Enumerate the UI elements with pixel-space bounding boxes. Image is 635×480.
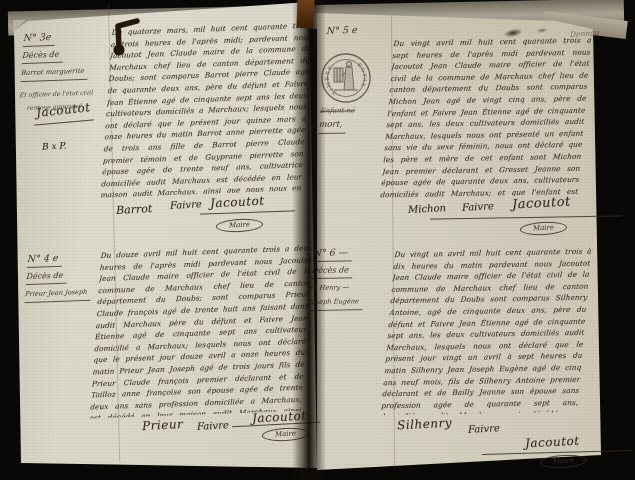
act3-signature-3: Jacoutot bbox=[210, 194, 265, 211]
act3-margin-name: Barrot marguerite bbox=[21, 65, 89, 83]
act4-signature-1: Prieur bbox=[142, 417, 184, 433]
act4-signature-2: Faivre bbox=[197, 420, 229, 433]
stamp-figure bbox=[334, 61, 358, 90]
act5-margin-number: N° 5 e bbox=[326, 25, 358, 37]
stamp-text-right: ROYAL bbox=[355, 62, 367, 88]
svg-text:ROYAL: ROYAL bbox=[355, 62, 367, 88]
act5-signature-2: Faivre bbox=[462, 201, 494, 214]
act6-signature-3: Jacoutot bbox=[525, 434, 580, 451]
act6-signature-2: Faivre bbox=[468, 423, 500, 436]
act5-body: Du vingt avril mil huit cent quarante tr… bbox=[380, 35, 592, 199]
act3-margin: N° 3e Décès de Barrot marguerite Et offi… bbox=[18, 29, 110, 114]
timbre-royal-stamp: TIMBRE ROYAL bbox=[320, 50, 372, 106]
act3-signature-1: Barrot bbox=[116, 202, 153, 217]
act5-margin-note: Enfant né mort, bbox=[318, 103, 389, 136]
act5-signature-3: Jacoutot bbox=[512, 194, 571, 212]
act3-margin-note: Et officier de l'état civil bbox=[19, 89, 93, 100]
act3-margin-number: N° 3e bbox=[23, 31, 56, 47]
gutter-shadow bbox=[292, 0, 326, 480]
act5-signature-1: Michon bbox=[408, 203, 446, 216]
act4-margin-name: Prieur Jean Joseph bbox=[25, 286, 92, 303]
act4-body: Du douze avril mil huit cent quarante tr… bbox=[90, 242, 313, 418]
act6-signature-1: Silhenry bbox=[397, 416, 453, 433]
act3-signature-2: Faivre bbox=[170, 199, 202, 212]
act3-margin-initials: B x P. bbox=[42, 141, 67, 152]
ink-blot bbox=[106, 14, 142, 62]
act6-body: Du vingt un avril mil huit cent quarante… bbox=[380, 246, 592, 416]
act4-margin-number: N° 4 e bbox=[27, 252, 63, 268]
act3-margin-title: Décès de bbox=[22, 48, 64, 65]
binding-tab bbox=[296, 0, 314, 28]
register-scan: N° 3e Décès de Barrot marguerite Et offi… bbox=[0, 0, 635, 480]
act4-margin-title: Décès de bbox=[26, 269, 68, 286]
